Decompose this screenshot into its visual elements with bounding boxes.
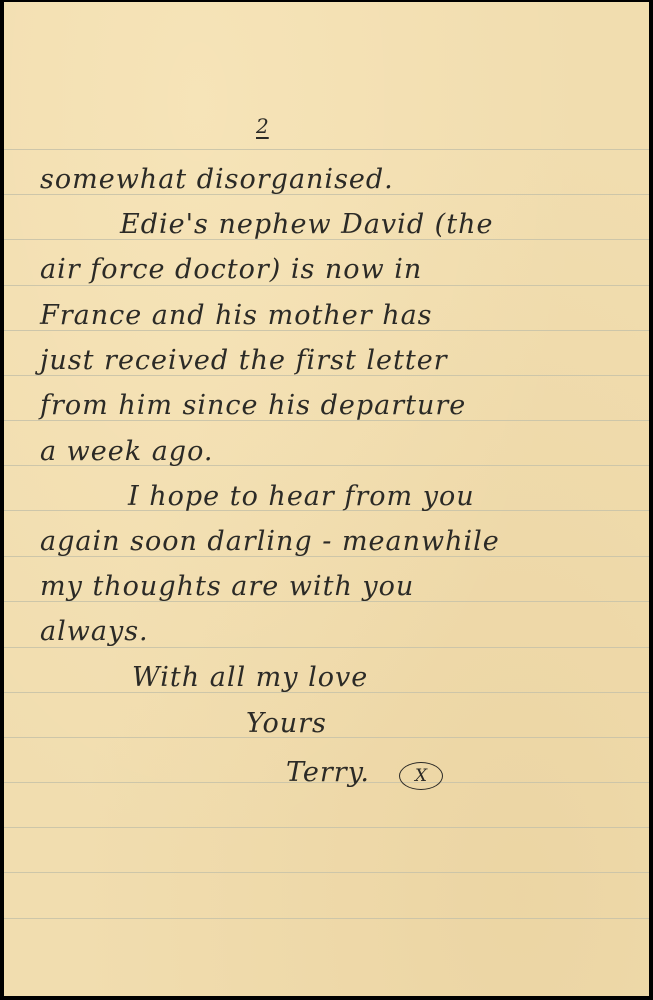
letter-line: air force doctor) is now in: [40, 256, 422, 283]
letter-line: always.: [40, 618, 149, 645]
kiss-x: X: [415, 766, 427, 786]
letter-line: again soon darling - meanwhile: [40, 528, 500, 555]
rule-line: [4, 149, 649, 150]
signature: Terry.: [286, 759, 370, 786]
letter-line: a week ago.: [40, 438, 213, 465]
page-number: 2: [256, 114, 269, 138]
letter-line: somewhat disorganised.: [40, 166, 394, 193]
rule-line: [4, 872, 649, 873]
letter-line: just received the first letter: [40, 347, 448, 374]
letter-line: Edie's nephew David (the: [120, 211, 493, 238]
rule-line: [4, 285, 649, 286]
letter-line: France and his mother has: [40, 302, 433, 329]
rule-line: [4, 827, 649, 828]
closing-salutation: With all my love: [132, 664, 368, 691]
kiss-mark: X: [399, 762, 443, 790]
letter-page: 2 somewhat disorganised. Edie's nephew D…: [4, 2, 649, 996]
closing-yours: Yours: [246, 710, 327, 737]
letter-line: my thoughts are with you: [40, 573, 414, 600]
letter-line: from him since his departure: [40, 392, 466, 419]
letter-line: I hope to hear from you: [128, 483, 475, 510]
rule-line: [4, 918, 649, 919]
rule-line: [4, 647, 649, 648]
